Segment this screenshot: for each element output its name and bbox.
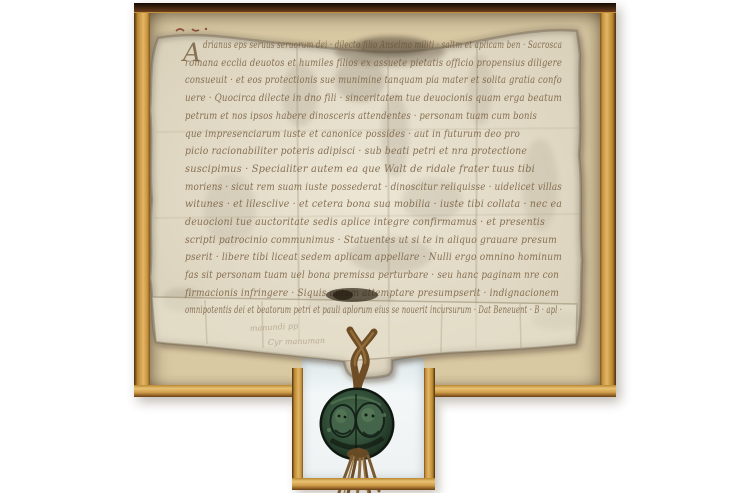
seal-box-bottom-moulding bbox=[292, 478, 435, 490]
manuscript-line: romana ecclia deuotos et humiles filios … bbox=[185, 58, 562, 69]
seal-box-right-moulding bbox=[424, 368, 435, 490]
seal-face-right bbox=[356, 403, 384, 437]
manuscript-line: moriens · sicut rem suam iuste possedera… bbox=[185, 182, 562, 193]
manuscript-line: picio racionabiliter poteris adipisci · … bbox=[185, 146, 527, 157]
frame-left-moulding bbox=[134, 3, 150, 397]
frame-top-edge bbox=[134, 3, 616, 13]
manuscript-line: scripti patrocinio communimus · Statuent… bbox=[185, 235, 557, 246]
manuscript-line: suscipimus · Specialiter autem ea que Wa… bbox=[185, 164, 535, 175]
manuscript-line: uere · Quocirca dilecte in dno fili · si… bbox=[185, 93, 562, 104]
manuscript-line: fas sit personam tuam uel bona premissa … bbox=[184, 270, 559, 281]
seal-box-left-moulding bbox=[292, 368, 303, 490]
manuscript-line: deuocioni tue auctoritate sedis aplice i… bbox=[185, 217, 545, 228]
manuscript-line: consueuit · et eos protectionis sue muni… bbox=[185, 75, 562, 86]
frame-bottom-left-moulding bbox=[134, 385, 292, 397]
photograph-of-framed-charter: { "doc": { "initial": "A", "lines": [ "d… bbox=[0, 0, 740, 493]
manuscript-line: que impresenciarum iuste et canonice pos… bbox=[185, 129, 520, 140]
frame-right-moulding bbox=[600, 3, 616, 397]
frame-bottom-right-moulding bbox=[435, 385, 616, 397]
manuscript-line: pserit · libere tibi liceat sedem aplica… bbox=[185, 252, 562, 263]
manuscript-line: omnipotentis dei et beatorum petri et pa… bbox=[185, 305, 562, 316]
seal-face-left bbox=[331, 405, 356, 437]
red-ink-marks bbox=[176, 28, 207, 31]
manuscript-line: witunes · et lilesclive · et cetera bona… bbox=[185, 199, 562, 210]
charter-artwork: A drianus eps seruus seruorum dei · dile… bbox=[0, 0, 740, 493]
manuscript-line: petrum et nos ipsos habere dinosceris at… bbox=[185, 111, 537, 122]
